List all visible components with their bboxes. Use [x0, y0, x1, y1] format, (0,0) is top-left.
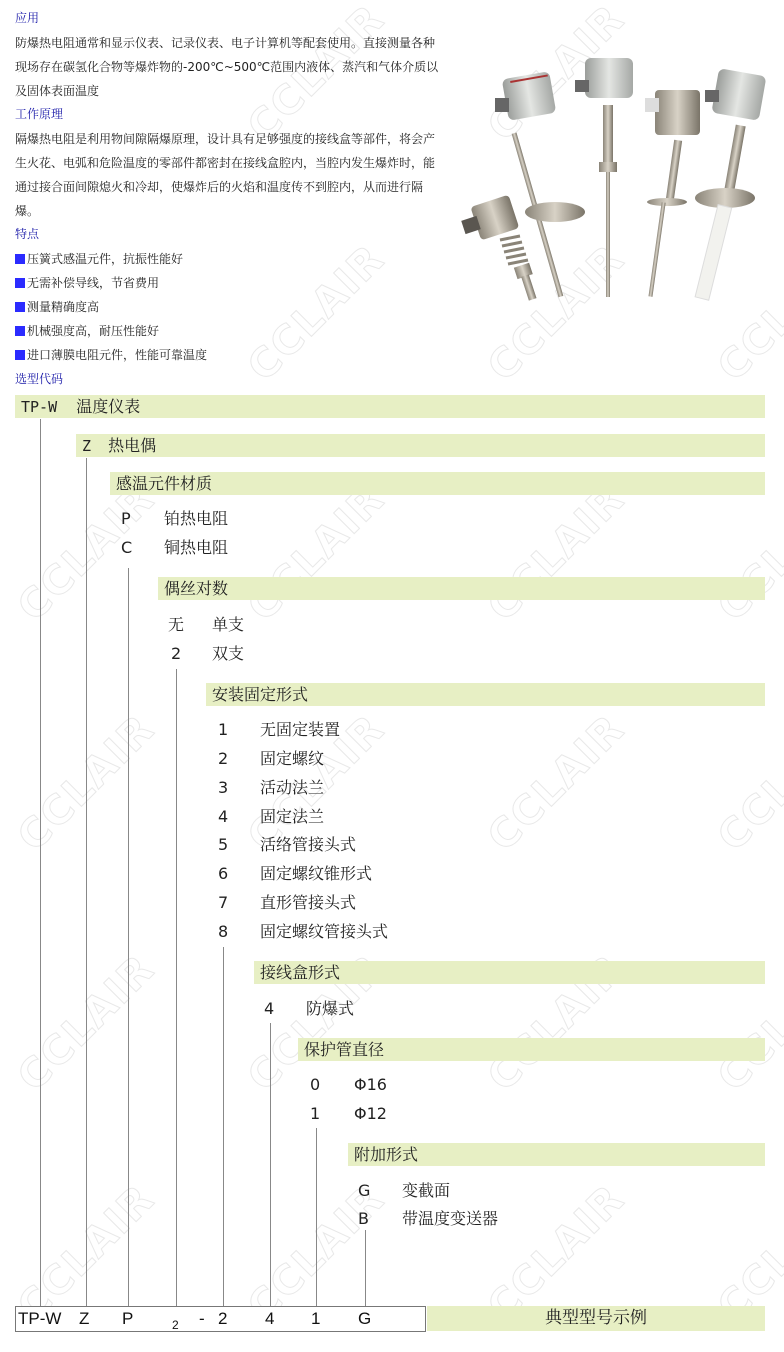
connector-line-type: [86, 458, 87, 1306]
example-part: 2: [172, 1312, 179, 1338]
option-code: 3: [218, 777, 228, 799]
bullet-square-icon: [15, 278, 25, 288]
feature-item: 无需补偿导线，节省费用: [15, 275, 159, 291]
option-label: 带温度变送器: [402, 1208, 498, 1230]
watermark: CCLAIR: [239, 476, 394, 631]
option-label: 单支: [212, 614, 244, 636]
connector-line-root: [40, 419, 41, 1306]
bullet-square-icon: [15, 254, 25, 264]
principle-text: 隔爆热电阻是利用物间隙隔爆原理，设计具有足够强度的接线盒等部件，将会产生火花、电…: [15, 127, 440, 223]
option-label: 活动法兰: [260, 777, 324, 799]
option-code: B: [358, 1208, 369, 1230]
option-label: Φ16: [354, 1074, 387, 1096]
connector-line-junction: [270, 1023, 271, 1306]
option-label: 固定法兰: [260, 806, 324, 828]
example-label: 典型型号示例: [427, 1306, 765, 1331]
band-type: Z 热电偶: [76, 434, 765, 457]
option-label: 固定螺纹管接头式: [260, 921, 388, 943]
probe-spring: [461, 195, 536, 301]
option-label: 变截面: [402, 1180, 450, 1202]
example-part: -: [199, 1306, 205, 1332]
example-part: 4: [265, 1306, 274, 1332]
feature-item: 压簧式感温元件，抗振性能好: [15, 251, 183, 267]
option-code: 5: [218, 834, 228, 856]
bullet-square-icon: [15, 302, 25, 312]
connector-line-extra: [365, 1230, 366, 1306]
option-label: 防爆式: [306, 998, 354, 1020]
option-code: 无: [168, 614, 184, 636]
option-label: 铂热电阻: [164, 508, 228, 530]
example-part: Z: [79, 1306, 89, 1332]
option-code: 4: [264, 998, 274, 1020]
example-part: P: [122, 1306, 133, 1332]
section-title-selection: 选型代码: [15, 371, 63, 387]
band-pairs: 偶丝对数: [158, 577, 765, 600]
option-label: 活络管接头式: [260, 834, 356, 856]
probe-ceramic: [695, 68, 766, 300]
band-element: 感温元件材质: [110, 472, 765, 495]
watermark: CCLAIR: [709, 476, 784, 631]
band-junction-box: 接线盒形式: [254, 961, 765, 984]
connector-line-pairs: [176, 669, 177, 1306]
product-image: [455, 50, 775, 305]
section-title-principle: 工作原理: [15, 106, 63, 122]
probe-stainless: [645, 90, 700, 297]
band-mounting: 安装固定形式: [206, 683, 765, 706]
connector-line-element: [128, 568, 129, 1306]
bullet-square-icon: [15, 326, 25, 336]
connector-line-tube: [316, 1128, 317, 1306]
option-label: 无固定装置: [260, 719, 340, 741]
option-code: 2: [171, 643, 181, 665]
example-part: 2: [218, 1306, 227, 1332]
option-code: 1: [218, 719, 228, 741]
feature-item: 测量精确度高: [15, 299, 99, 315]
option-code: 0: [310, 1074, 320, 1096]
option-code: 6: [218, 863, 228, 885]
option-label: 直形管接头式: [260, 892, 356, 914]
watermark: CCLAIR: [239, 236, 394, 391]
example-part: G: [358, 1306, 371, 1332]
band-root: TP-W 温度仪表: [15, 395, 765, 418]
probe-thread: [575, 58, 633, 297]
connector-line-mounting: [223, 947, 224, 1306]
bullet-square-icon: [15, 350, 25, 360]
option-label: 双支: [212, 643, 244, 665]
option-code: G: [358, 1180, 370, 1202]
option-code: 1: [310, 1103, 320, 1125]
option-label: 固定螺纹锥形式: [260, 863, 372, 885]
example-part: TP-W: [18, 1306, 61, 1332]
band-tube-diameter: 保护管直径: [298, 1038, 765, 1061]
example-part: 1: [311, 1306, 320, 1332]
watermark: CCLAIR: [709, 706, 784, 861]
option-label: 固定螺纹: [260, 748, 324, 770]
option-code: C: [121, 537, 132, 559]
section-title-application: 应用: [15, 10, 39, 26]
option-code: 4: [218, 806, 228, 828]
watermark: CCLAIR: [479, 706, 634, 861]
application-text: 防爆热电阻通常和显示仪表、记录仪表、电子计算机等配套使用。直接测量各种现场存在碳…: [15, 31, 440, 103]
feature-item: 机械强度高，耐压性能好: [15, 323, 159, 339]
option-label: 铜热电阻: [164, 537, 228, 559]
feature-item: 进口薄膜电阻元件，性能可靠温度: [15, 347, 207, 363]
option-code: P: [121, 508, 131, 530]
watermark: CCLAIR: [479, 476, 634, 631]
option-code: 7: [218, 892, 228, 914]
section-title-features: 特点: [15, 226, 39, 242]
option-label: Φ12: [354, 1103, 387, 1125]
option-code: 2: [218, 748, 228, 770]
option-code: 8: [218, 921, 228, 943]
band-extra: 附加形式: [348, 1143, 765, 1166]
